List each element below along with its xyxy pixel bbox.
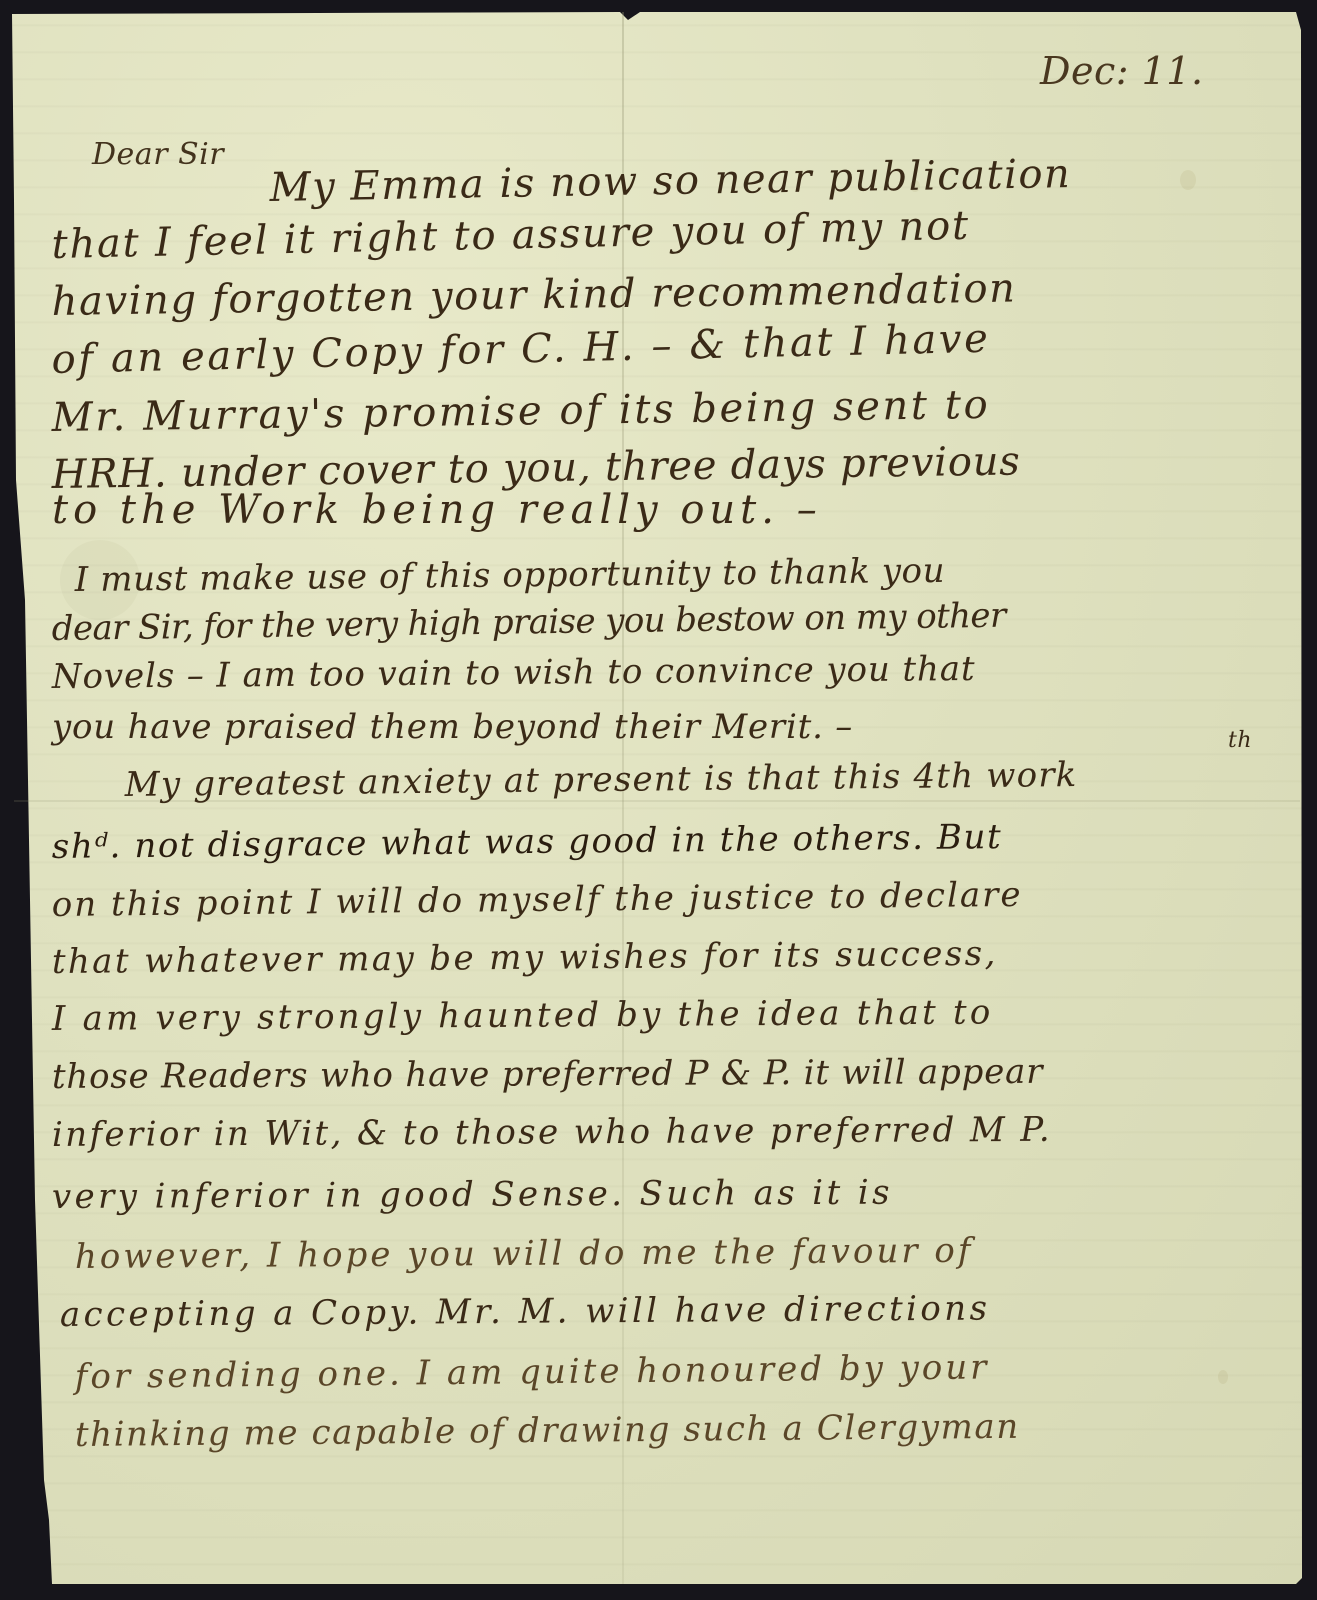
letter-line-13: shᵈ. not disgrace what was good in the o…	[52, 820, 1003, 864]
letter-line-19: very inferior in good Sense. Such as it …	[52, 1176, 893, 1214]
letter-line-16: I am very strongly haunted by the idea t…	[52, 995, 994, 1036]
letter-line-14: on this point I will do myself the justi…	[52, 878, 1023, 922]
letter-line-22: for sending one. I am quite honoured by …	[75, 1350, 990, 1394]
ordinal-superscript: th	[1228, 730, 1252, 752]
letter-line-8: I must make use of this opportunity to t…	[75, 554, 946, 597]
letter-line-21: accepting a Copy. Mr. M. will have direc…	[60, 1292, 991, 1332]
letter-line-10: Novels – I am too vain to wish to convin…	[52, 652, 976, 694]
letter-line-17: those Readers who have preferred P & P. …	[52, 1055, 1043, 1094]
letter-line-12: My greatest anxiety at present is that t…	[125, 758, 1078, 802]
letter-line-7: to the Work being really out. –	[52, 490, 822, 530]
letter-line-23: thinking me capable of drawing such a Cl…	[75, 1410, 1020, 1452]
letter-salutation: Dear Sir	[92, 140, 224, 170]
letter-line-15: that whatever may be my wishes for its s…	[52, 937, 998, 979]
letter-line-20: however, I hope you will do me the favou…	[75, 1234, 974, 1274]
letter-date: Dec: 11.	[1040, 52, 1204, 90]
letter-line-18: inferior in Wit, & to those who have pre…	[52, 1113, 1052, 1152]
letter-line-11: you have praised them beyond their Merit…	[52, 710, 853, 744]
